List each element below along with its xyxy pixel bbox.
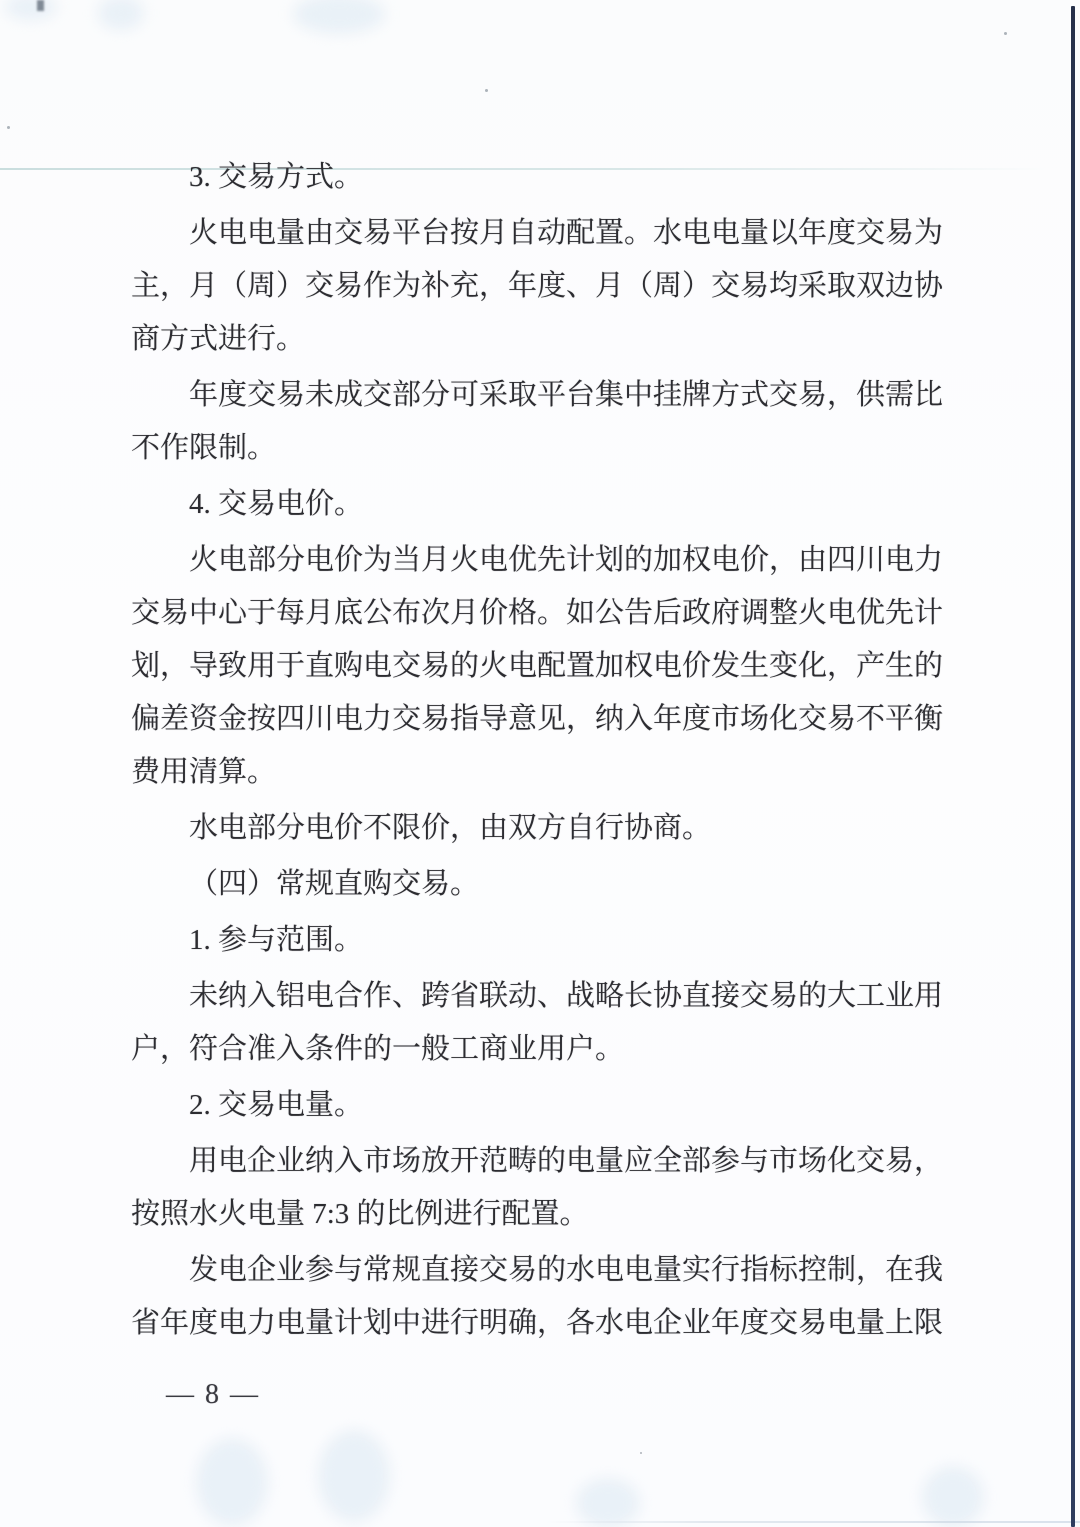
- heading-participation-scope: 1. 参与范围。: [131, 914, 943, 967]
- paragraph: 用电企业纳入市场放开范畴的电量应全部参与市场化交易， 按照水火电量 7:3 的比…: [131, 1135, 943, 1241]
- text-line: 偏差资金按四川电力交易指导意见，纳入年度市场化交易不平衡: [131, 693, 943, 746]
- text-line: 费用清算。: [131, 746, 943, 799]
- text-line: 商方式进行。: [131, 313, 943, 366]
- scan-edge-line-right: [1071, 6, 1075, 1527]
- text-line: 未纳入铝电合作、跨省联动、战略长协直接交易的大工业用: [131, 970, 943, 1023]
- heading-trade-price: 4. 交易电价。: [131, 478, 943, 531]
- heading-regular-direct-purchase: （四）常规直购交易。: [131, 858, 943, 911]
- scan-speck: [1004, 32, 1007, 35]
- scan-speck: [485, 89, 488, 92]
- scan-blotch: [293, 0, 385, 34]
- scan-speck: [7, 126, 10, 129]
- paragraph: 火电部分电价为当月火电优先计划的加权电价，由四川电力 交易中心于每月底公布次月价…: [131, 534, 943, 799]
- scan-blotch: [576, 1478, 640, 1527]
- paragraph-heading-4: 4. 交易电价。: [131, 478, 943, 531]
- paragraph: 发电企业参与常规直接交易的水电电量实行指标控制，在我 省年度电力电量计划中进行明…: [131, 1244, 943, 1350]
- heading-trade-volume: 2. 交易电量。: [131, 1079, 943, 1132]
- text-line: 火电部分电价为当月火电优先计划的加权电价，由四川电力: [131, 534, 943, 587]
- text-line: 不作限制。: [131, 422, 943, 475]
- text-line: 交易中心于每月底公布次月价格。如公告后政府调整火电优先计: [131, 587, 943, 640]
- text-line: 火电电量由交易平台按月自动配置。水电电量以年度交易为: [131, 207, 943, 260]
- paragraph: 年度交易未成交部分可采取平台集中挂牌方式交易，供需比 不作限制。: [131, 369, 943, 475]
- text-line: 用电企业纳入市场放开范畴的电量应全部参与市场化交易，: [131, 1135, 943, 1188]
- scan-blotch: [98, 0, 144, 30]
- text-line: 年度交易未成交部分可采取平台集中挂牌方式交易，供需比: [131, 369, 943, 422]
- text-line: 划，导致用于直购电交易的火电配置加权电价发生变化，产生的: [131, 640, 943, 693]
- scan-mark-top-left: [37, 0, 44, 11]
- document-page: 3. 交易方式。 火电电量由交易平台按月自动配置。水电电量以年度交易为 主，月（…: [0, 0, 1080, 1527]
- paragraph: 未纳入铝电合作、跨省联动、战略长协直接交易的大工业用 户，符合准入条件的一般工商…: [131, 970, 943, 1076]
- scan-blotch: [922, 1466, 984, 1527]
- paragraph: 水电部分电价不限价，由双方自行协商。: [131, 802, 943, 855]
- text-line: 主，月（周）交易作为补充，年度、月（周）交易均采取双边协: [131, 260, 943, 313]
- page-number: — 8 —: [166, 1368, 260, 1421]
- text-line: 按照水火电量 7:3 的比例进行配置。: [131, 1188, 943, 1241]
- paragraph-heading-section4: （四）常规直购交易。: [131, 858, 943, 911]
- text-line: 省年度电力电量计划中进行明确，各水电企业年度交易电量上限: [131, 1297, 943, 1350]
- paragraph: 火电电量由交易平台按月自动配置。水电电量以年度交易为 主，月（周）交易作为补充，…: [131, 207, 943, 366]
- scan-speck: [640, 1452, 642, 1454]
- paragraph-heading-2: 2. 交易电量。: [131, 1079, 943, 1132]
- heading-trade-mode: 3. 交易方式。: [131, 151, 943, 204]
- scan-streak-bottom: [545, 1521, 1080, 1523]
- document-body: 3. 交易方式。 火电电量由交易平台按月自动配置。水电电量以年度交易为 主，月（…: [131, 151, 943, 1353]
- text-line: 户，符合准入条件的一般工商业用户。: [131, 1023, 943, 1076]
- scan-blotch: [196, 1438, 268, 1526]
- paragraph-heading-1: 1. 参与范围。: [131, 914, 943, 967]
- paragraph-heading-3: 3. 交易方式。: [131, 151, 943, 204]
- text-line: 水电部分电价不限价，由双方自行协商。: [131, 802, 943, 855]
- scan-blotch: [5, 0, 57, 20]
- scan-blotch: [318, 1430, 390, 1522]
- text-line: 发电企业参与常规直接交易的水电电量实行指标控制，在我: [131, 1244, 943, 1297]
